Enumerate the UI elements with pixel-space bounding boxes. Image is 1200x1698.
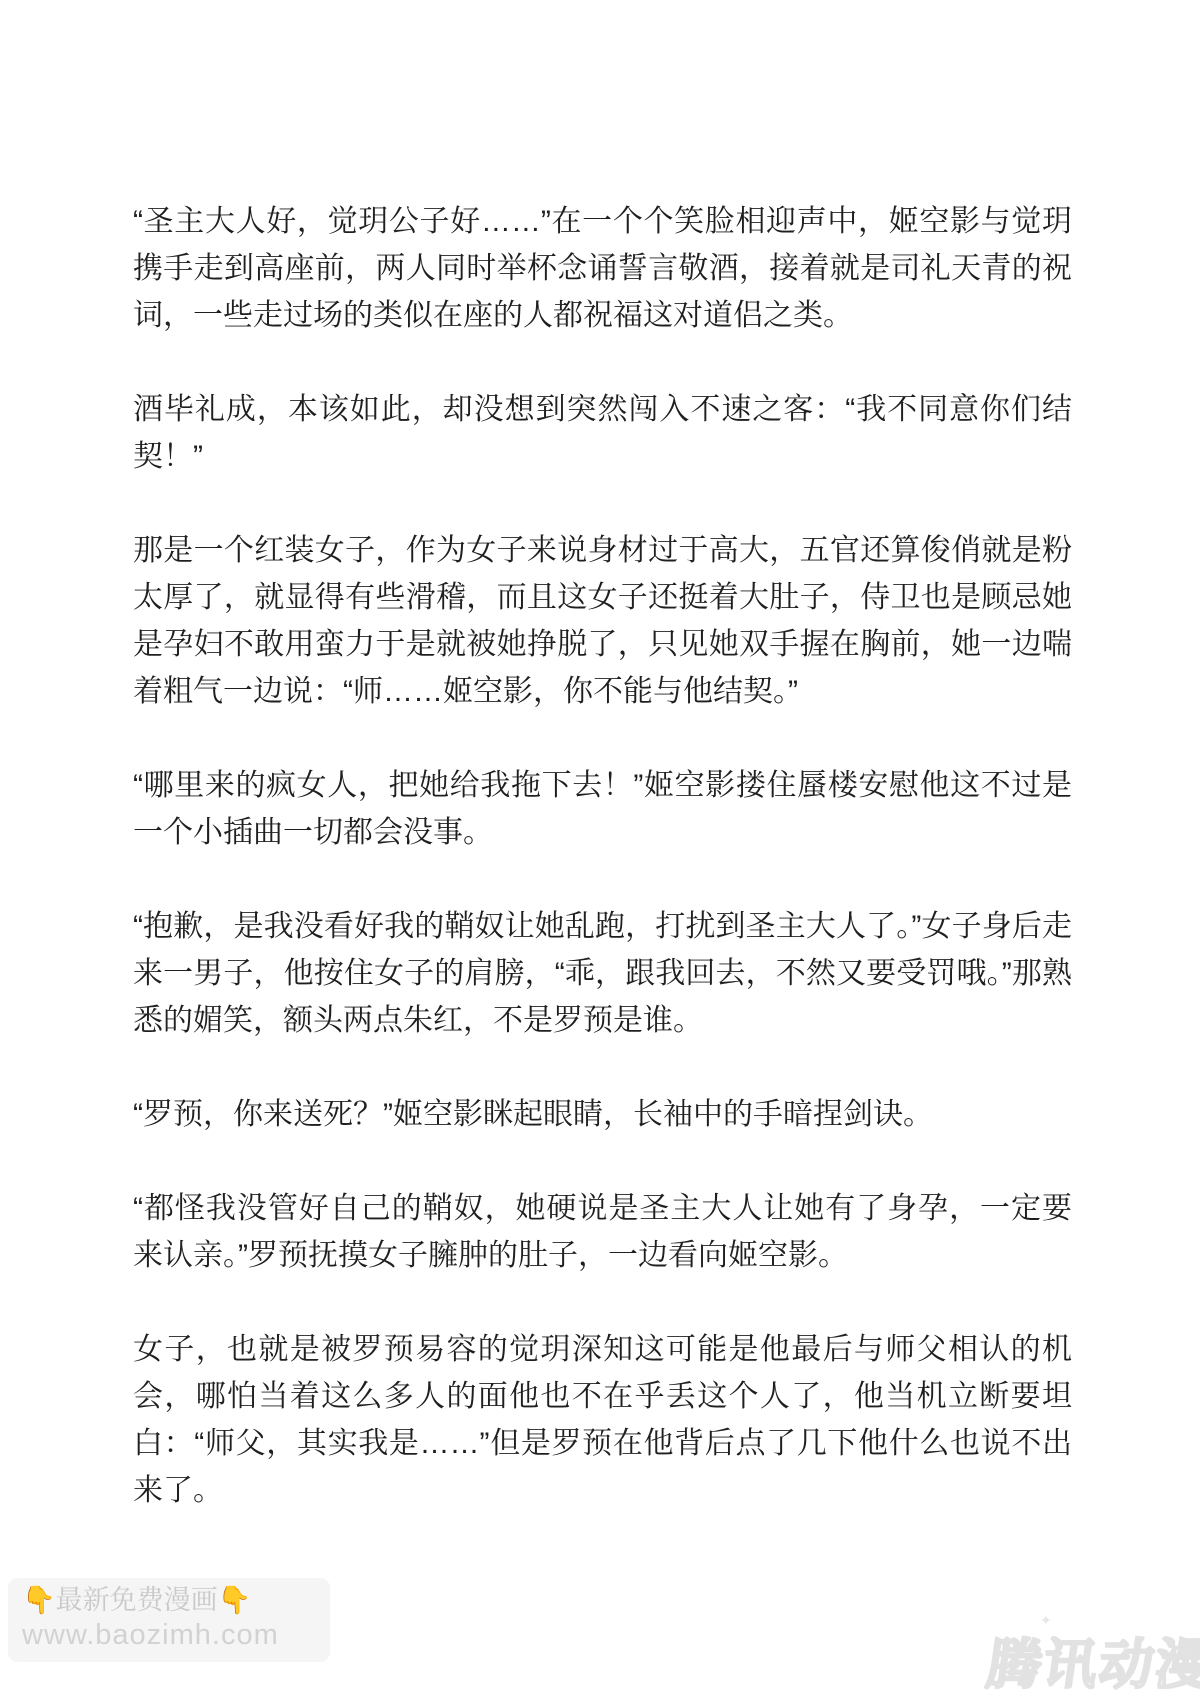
paragraph: 那是一个红装女子，作为女子来说身材过于高大，五官还算俊俏就是粉太厚了，就显得有些…: [133, 527, 1072, 715]
novel-text-page: “圣主大人好，觉玥公子好……”在一个个笑脸相迎声中，姬空影与觉玥携手走到高座前，…: [0, 0, 1200, 1514]
paragraph: “抱歉，是我没看好我的鞘奴让她乱跑，打扰到圣主大人了。”女子身后走来一男子，他按…: [133, 903, 1072, 1044]
paragraph: “都怪我没管好自己的鞘奴，她硬说是圣主大人让她有了身孕，一定要来认亲。”罗预抚摸…: [133, 1185, 1072, 1279]
paragraph: “哪里来的疯女人，把她给我拖下去！”姬空影搂住蜃楼安慰他这不过是一个小插曲一切都…: [133, 762, 1072, 856]
watermark-box: 👇最新免费漫画👇 www.baozimh.com: [8, 1578, 330, 1662]
paragraph: 女子，也就是被罗预易容的觉玥深知这可能是他最后与师父相认的机会，哪怕当着这么多人…: [133, 1326, 1072, 1514]
pointing-down-icon: 👇: [218, 1585, 252, 1615]
pointing-down-icon: 👇: [22, 1585, 56, 1615]
watermark-promo-label: 最新免费漫画: [56, 1585, 218, 1615]
paragraph: “圣主大人好，觉玥公子好……”在一个个笑脸相迎声中，姬空影与觉玥携手走到高座前，…: [133, 198, 1072, 339]
tencent-comics-logo: 腾讯动漫: [983, 1622, 1200, 1698]
paragraph: 酒毕礼成，本该如此，却没想到突然闯入不速之客：“我不同意你们结契！”: [133, 386, 1072, 480]
logo-star-icon: ✦: [1040, 1612, 1052, 1629]
watermark-promo-line: 👇最新免费漫画👇: [22, 1583, 330, 1617]
watermark-site-url: www.baozimh.com: [22, 1617, 330, 1653]
paragraph: “罗预，你来送死？”姬空影眯起眼睛，长袖中的手暗捏剑诀。: [133, 1091, 1072, 1138]
